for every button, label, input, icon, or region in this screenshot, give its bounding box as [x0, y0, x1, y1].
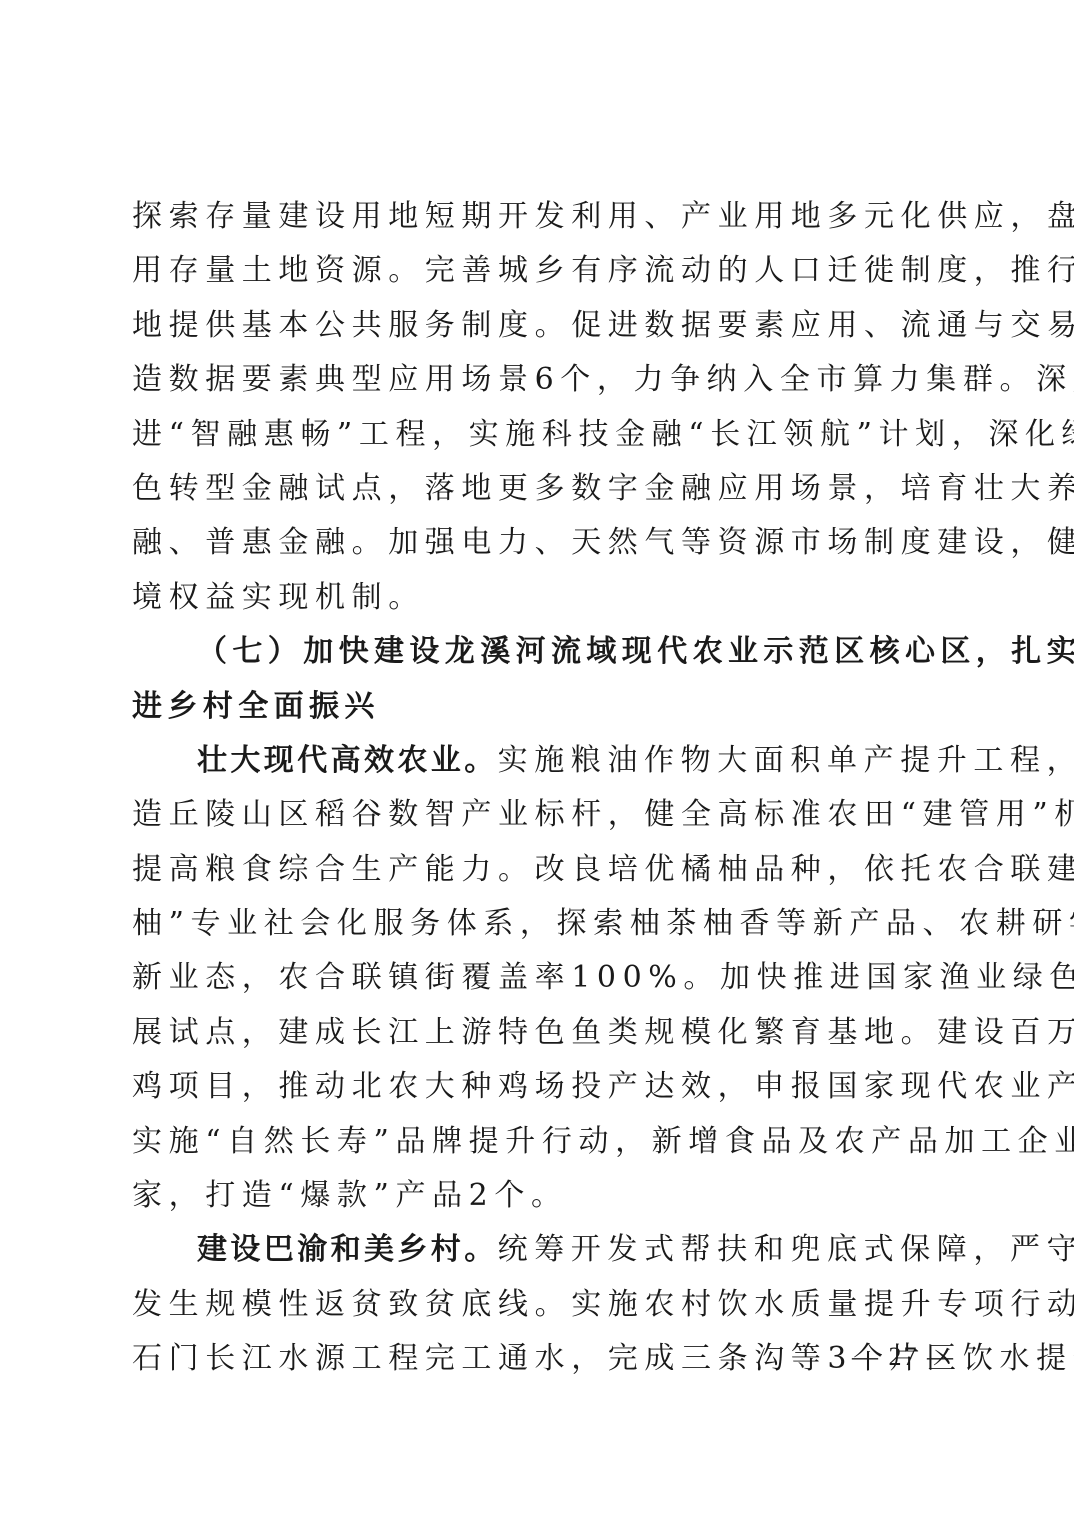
text-line: 境权益实现机制。 [132, 571, 947, 625]
text-line: 实施“自然长寿”品牌提升行动，新增食品及农产品加工企业6 [132, 1115, 947, 1169]
page-number: — 27 — [852, 1342, 955, 1372]
text-line: 家，打造“爆款”产品2个。 [132, 1169, 947, 1223]
text-line: 鸡项目，推动北农大种鸡场投产达效，申报国家现代农业产业园。 [132, 1060, 947, 1114]
text-line: 融、普惠金融。加强电力、天然气等资源市场制度建设，健全环 [132, 516, 947, 570]
text-line: 用存量土地资源。完善城乡有序流动的人口迁徙制度，推行常住 [132, 244, 947, 298]
paragraph-land-data-finance: 探索存量建设用地短期开发利用、产业用地多元化供应，盘活利 用存量土地资源。完善城… [132, 190, 947, 625]
text-line: 展试点，建成长江上游特色鱼类规模化繁育基地。建设百万羽蛋 [132, 1006, 947, 1060]
heading-line: 进乡村全面振兴 [132, 680, 947, 734]
heading-line: （七）加快建设龙溪河流域现代农业示范区核心区，扎实推 [132, 625, 947, 679]
text-line-first: 壮大现代高效农业。实施粮油作物大面积单产提升工程，打 [132, 734, 947, 788]
text-line: 地提供基本公共服务制度。促进数据要素应用、流通与交易，打 [132, 299, 947, 353]
text-line: 新业态，农合联镇街覆盖率100%。加快推进国家渔业绿色循环发 [132, 951, 947, 1005]
paragraph-beautiful-villages: 建设巴渝和美乡村。统筹开发式帮扶和兜底式保障，严守不 发生规模性返贫致贫底线。实… [132, 1223, 947, 1386]
text-line: 造丘陵山区稻谷数智产业标杆，健全高标准农田“建管用”机制， [132, 788, 947, 842]
text-line: 色转型金融试点，落地更多数字金融应用场景，培育壮大养老金 [132, 462, 947, 516]
section-heading: （七）加快建设龙溪河流域现代农业示范区核心区，扎实推 进乡村全面振兴 [132, 625, 947, 734]
text-line: 柚”专业社会化服务体系，探索柚茶柚香等新产品、农耕研学等 [132, 897, 947, 951]
text-span: 实施粮油作物大面积单产提升工程，打 [498, 743, 1074, 778]
text-span: 统筹开发式帮扶和兜底式保障，严守不 [498, 1232, 1074, 1267]
paragraph-modern-agriculture: 壮大现代高效农业。实施粮油作物大面积单产提升工程，打 造丘陵山区稻谷数智产业标杆… [132, 734, 947, 1224]
run-in-heading: 壮大现代高效农业。 [197, 743, 498, 778]
text-line: 发生规模性返贫致贫底线。实施农村饮水质量提升专项行动，小 [132, 1278, 947, 1332]
document-page: 探索存量建设用地短期开发利用、产业用地多元化供应，盘活利 用存量土地资源。完善城… [132, 190, 947, 1387]
text-line: 探索存量建设用地短期开发利用、产业用地多元化供应，盘活利 [132, 190, 947, 244]
text-line: 造数据要素典型应用场景6个，力争纳入全市算力集群。深入推 [132, 353, 947, 407]
text-line-first: 建设巴渝和美乡村。统筹开发式帮扶和兜底式保障，严守不 [132, 1223, 947, 1277]
text-line: 提高粮食综合生产能力。改良培优橘柚品种，依托农合联建设“橘 [132, 843, 947, 897]
run-in-heading: 建设巴渝和美乡村。 [197, 1232, 498, 1267]
text-line: 进“智融惠畅”工程，实施科技金融“长江领航”计划，深化绿 [132, 408, 947, 462]
text-line: 石门长江水源工程完工通水，完成三条沟等3个片区饮水提升工 [132, 1332, 947, 1386]
